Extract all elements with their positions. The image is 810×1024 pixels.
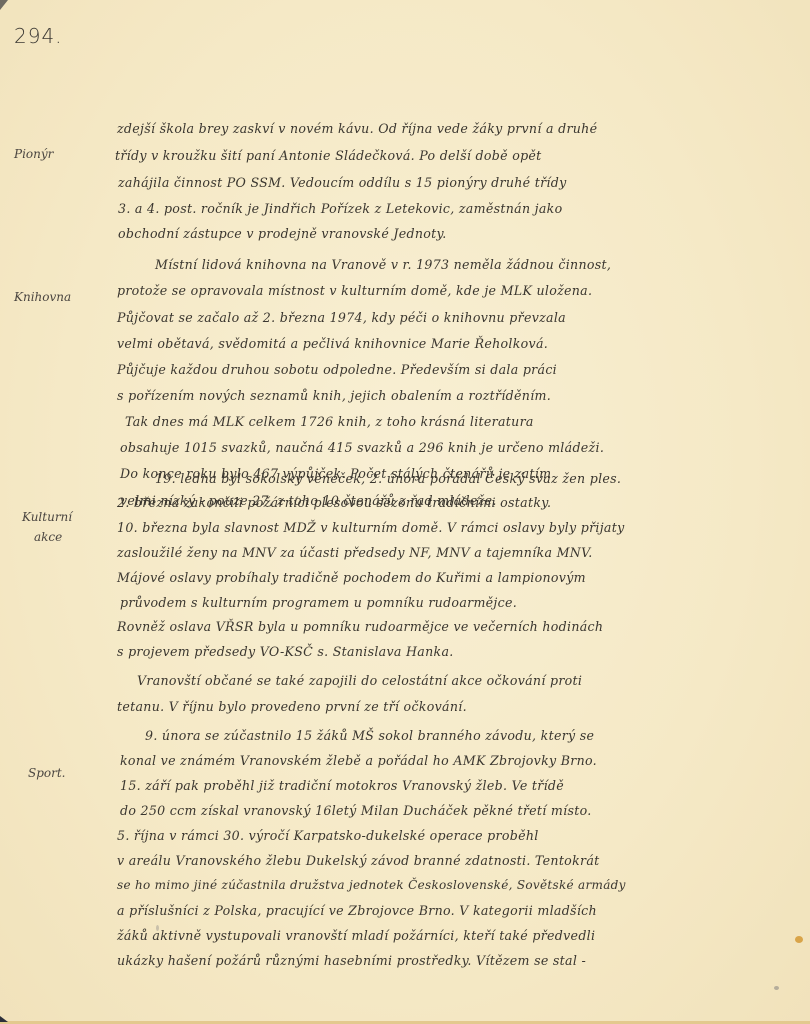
text-line: do 250 ccm získal vranovský 16letý Milan… [120, 803, 592, 818]
text-line: konal ve známém Vranovském žlebě a pořád… [120, 753, 597, 768]
text-line: Půjčovat se začalo až 2. března 1974, kd… [117, 310, 566, 325]
text-line: zahájila činnost PO SSM. Vedoucím oddílu… [118, 175, 567, 190]
margin-note-kulturni-line1: Kulturní [22, 510, 72, 524]
page-corner-shadow [0, 0, 8, 10]
page-number: 294. [14, 24, 63, 48]
text-line: obchodní zástupce v prodejně vranovské J… [118, 226, 447, 241]
chronicle-page: 294. Pionýr Knihovna Kulturní akce Sport… [0, 0, 810, 1024]
text-line: s projevem předsedy VO-KSČ s. Stanislava… [117, 644, 454, 659]
text-line: Místní lidová knihovna na Vranově v r. 1… [155, 257, 611, 272]
text-line: tetanu. V říjnu bylo provedeno první ze … [117, 699, 467, 714]
margin-note-sport: Sport. [28, 763, 113, 783]
margin-note-knihovna: Knihovna [14, 287, 99, 307]
text-line: třídy v kroužku šití paní Antonie Sládeč… [115, 148, 542, 163]
text-line: velmi obětavá, svědomitá a pečlivá kniho… [117, 336, 548, 351]
text-line: Půjčuje každou druhou sobotu odpoledne. … [117, 362, 557, 377]
margin-note-kulturni-line2: akce [22, 527, 107, 547]
text-line: 2. března zakončili požárníci plesovou s… [117, 495, 551, 510]
text-line: 9. února se zúčastnilo 15 žáků MŠ sokol … [145, 728, 594, 743]
text-line: Májové oslavy probíhaly tradičně pochode… [117, 570, 586, 585]
page-corner-shadow-bottom [0, 1016, 8, 1022]
text-line: 15. září pak proběhl již tradiční motokr… [120, 778, 564, 793]
paper-speck [156, 925, 159, 931]
text-line: zdejší škola brey zaskví v novém kávu. O… [117, 121, 597, 136]
text-line: v areálu Vranovského žlebu Dukelský závo… [117, 853, 600, 868]
paper-speck [774, 986, 779, 990]
margin-note-pionyr: Pionýr [14, 144, 99, 164]
text-line: Tak dnes má MLK celkem 1726 knih, z toho… [125, 414, 534, 429]
text-line: zasloužilé ženy na MNV za účasti předsed… [117, 545, 593, 560]
text-line: 19. ledna byl sokolský věneček, 2. února… [155, 471, 621, 486]
text-line: žáků aktivně vystupovali vranovští mladí… [117, 928, 595, 943]
text-line: protože se opravovala místnost v kulturn… [117, 283, 592, 298]
text-line: s pořízením nových seznamů knih, jejich … [117, 388, 551, 403]
text-line: se ho mimo jiné zúčastnila družstva jedn… [117, 878, 626, 892]
text-line: 10. března byla slavnost MDŽ v kulturním… [117, 520, 625, 535]
text-line: obsahuje 1015 svazků, naučná 415 svazků … [120, 440, 604, 455]
text-line: 3. a 4. post. ročník je Jindřich Pořízek… [118, 201, 563, 216]
text-line: Rovněž oslava VŘSR byla u pomníku rudoar… [117, 619, 603, 634]
paper-stain [795, 936, 803, 943]
text-line: Vranovští občané se také zapojili do cel… [137, 673, 582, 688]
margin-note-kulturni-akce: Kulturní akce [22, 507, 107, 547]
text-line: ukázky hašení požárů různými hasebními p… [117, 953, 586, 968]
text-line: a příslušníci z Polska, pracující ve Zbr… [117, 903, 597, 918]
text-line: 5. října v rámci 30. výročí Karpatsko-du… [117, 828, 539, 843]
text-line: průvodem s kulturním programem u pomníku… [120, 595, 517, 610]
